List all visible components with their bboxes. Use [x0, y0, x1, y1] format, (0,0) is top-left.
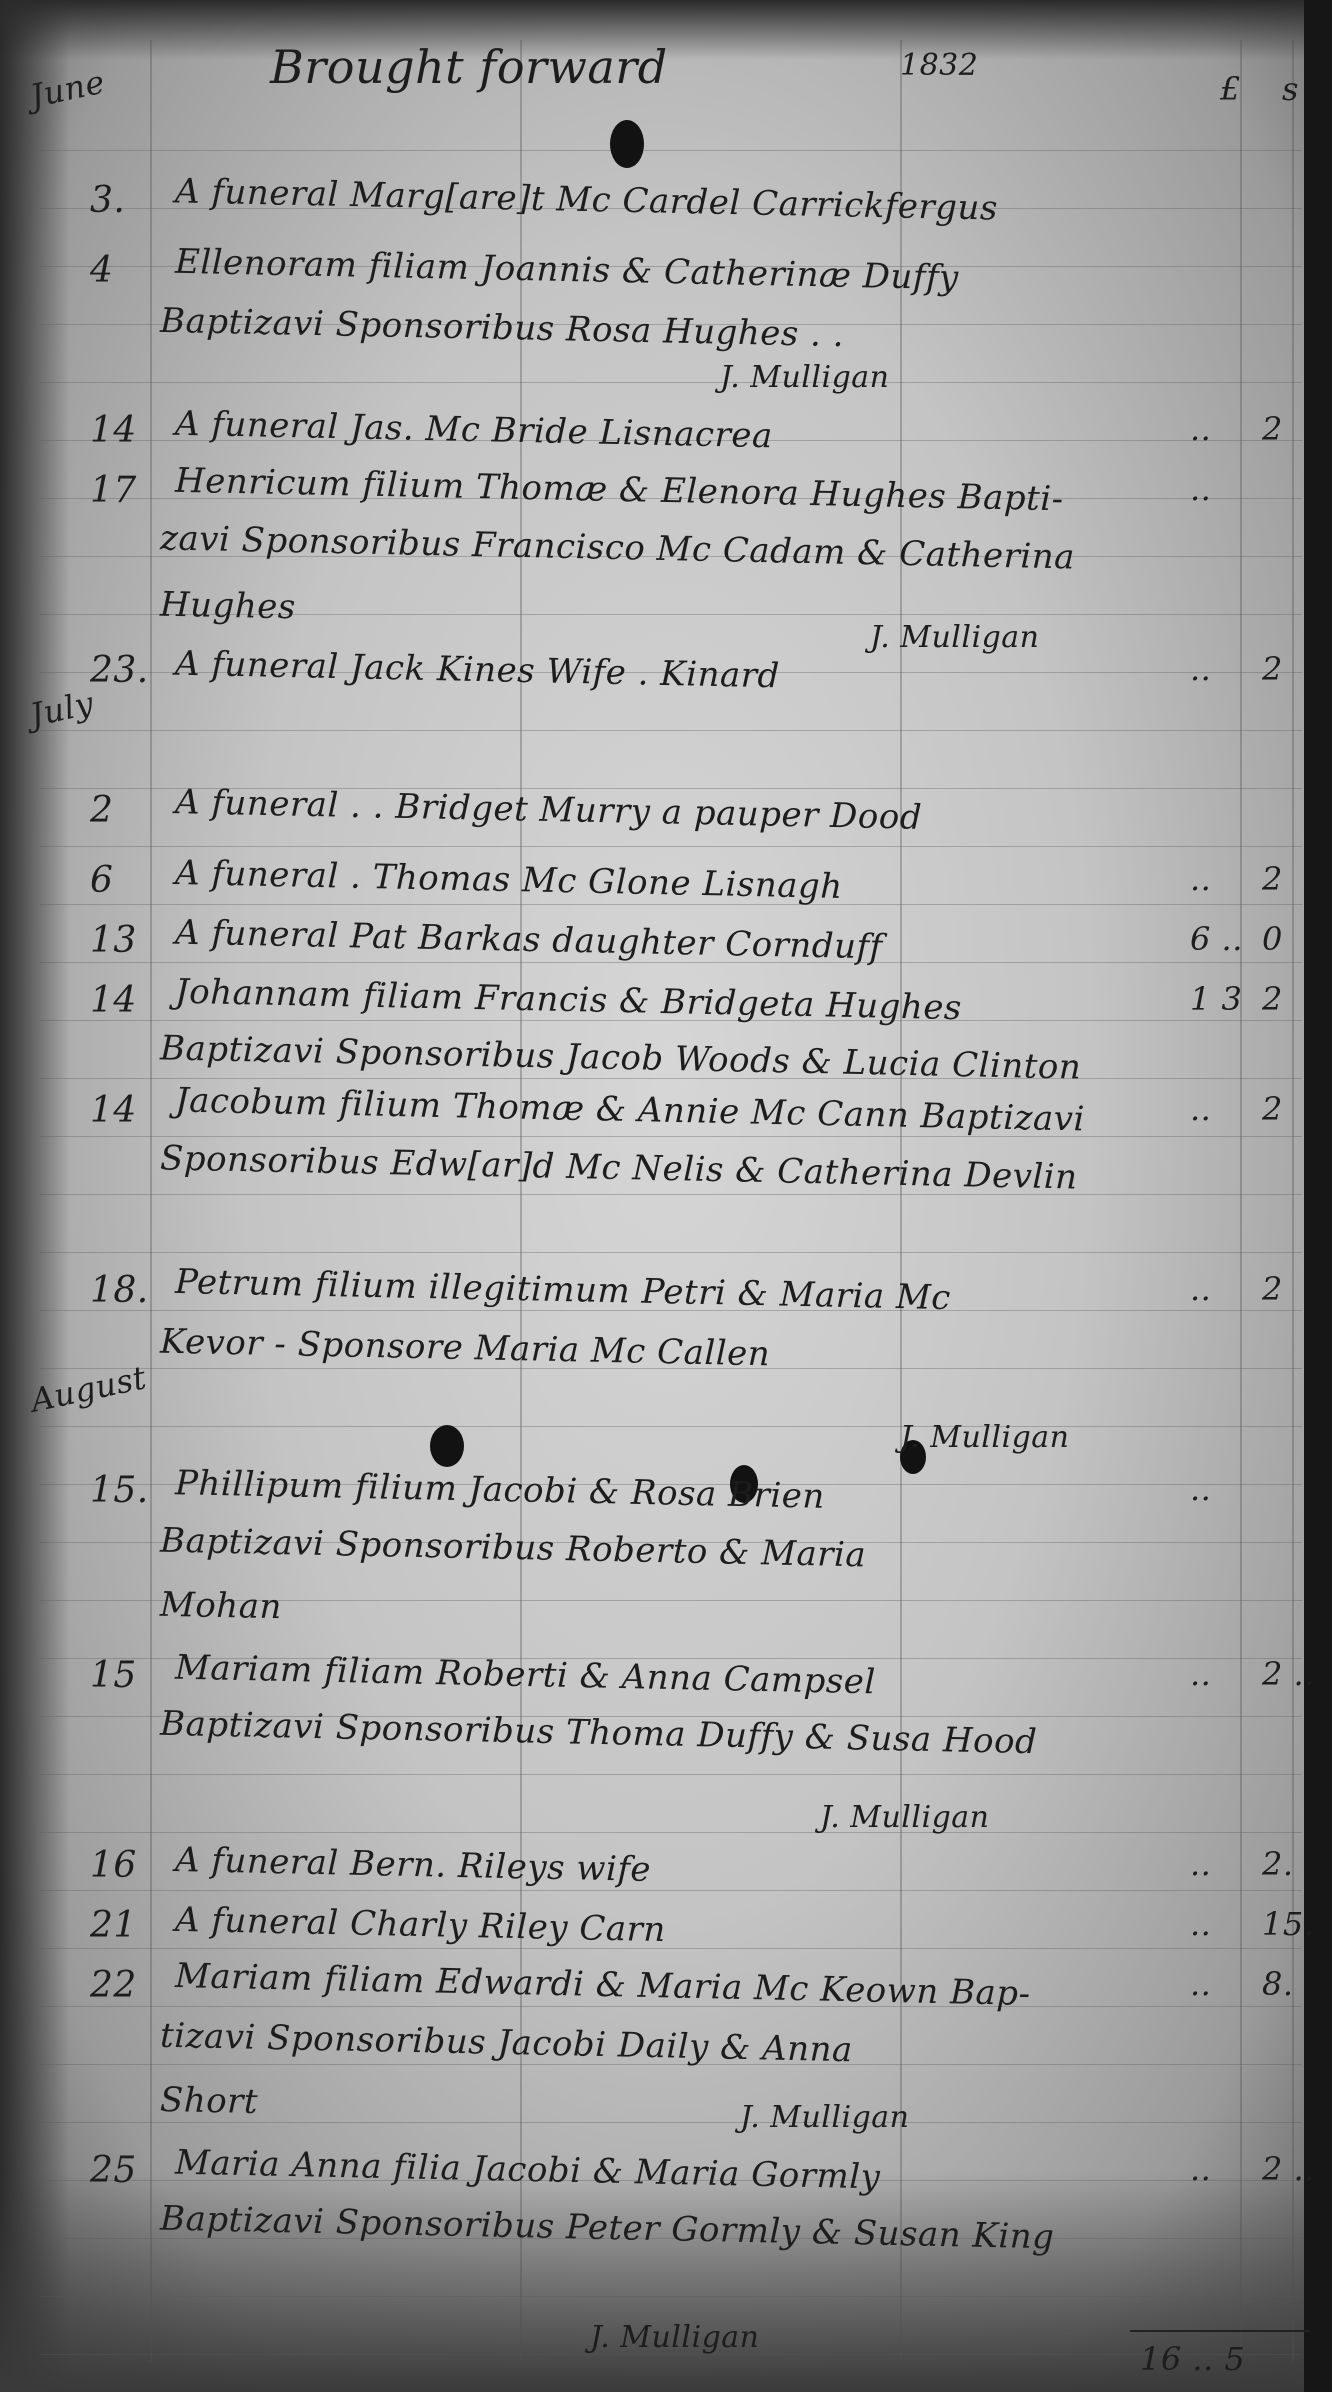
binding-shadow: [0, 0, 70, 2392]
entry-fee-pence: 2: [1262, 860, 1283, 898]
register-page: Brought forward 1832 £ s JuneJulyAugust …: [0, 0, 1332, 2392]
priest-signature: J. Mulligan: [720, 360, 890, 395]
ink-blot: [610, 120, 644, 168]
entry-text: Sponsoribus Edw[ar]d Mc Nelis & Catherin…: [160, 1138, 1078, 1197]
entry-fee-shillings: 1 3: [1190, 980, 1242, 1018]
entry-fee-shillings: ..: [1190, 1470, 1211, 1508]
entry-text: Short: [160, 2080, 259, 2122]
ruled-line: [40, 1948, 1302, 1949]
page-edge: [1304, 0, 1332, 2392]
entry-text: Phillipum filium Jacobi & Rosa Brien: [175, 1463, 825, 1517]
entry-fee-pence: 0: [1262, 920, 1283, 958]
entry-fee-pence: 2: [1262, 1270, 1283, 1308]
entry-fee-shillings: ..: [1190, 1655, 1211, 1693]
entry-fee-pence: 2 ..: [1262, 2150, 1315, 2188]
ink-blot: [430, 1425, 464, 1467]
entry-date: 16: [90, 1845, 137, 1886]
entry-fee-pence: 2: [1262, 1090, 1283, 1128]
entry-fee-shillings: ..: [1190, 860, 1211, 898]
entry-date: 4: [90, 250, 113, 291]
entry-text: Baptizavi Sponsoribus Thoma Duffy & Susa…: [160, 1704, 1038, 1762]
entry-fee-pence: 2 ..: [1262, 1655, 1315, 1693]
ruled-line: [40, 1890, 1302, 1891]
entry-text: A funeral . . Bridget Murry a pauper Doo…: [175, 782, 923, 838]
entry-text: Jacobum filium Thomæ & Annie Mc Cann Bap…: [175, 1080, 1086, 1139]
entry-text: A funeral Marg[are]t Mc Cardel Carrickfe…: [175, 171, 999, 228]
page-total: 16 .. 5: [1140, 2340, 1245, 2378]
entry-date: 18.: [90, 1270, 149, 1311]
entry-date: 22: [90, 1965, 137, 2006]
entry-fee-shillings: ..: [1190, 1270, 1211, 1308]
entry-fee-pence: 2: [1262, 650, 1283, 688]
priest-signature: J. Mulligan: [740, 2100, 910, 2135]
shillings-column-header: s: [1282, 70, 1299, 108]
ruled-line: [40, 904, 1302, 905]
entry-fee-shillings: ..: [1190, 410, 1211, 448]
shillings-column-rule: [1292, 40, 1294, 2362]
column-rule: [900, 40, 902, 2362]
priest-signature: J. Mulligan: [590, 2320, 760, 2355]
entry-fee-shillings: ..: [1190, 1090, 1211, 1128]
entry-date: 2: [90, 790, 113, 831]
ruled-line: [40, 150, 1302, 151]
ruled-line: [40, 846, 1302, 847]
date-margin-rule: [150, 40, 152, 2362]
ruled-line: [40, 730, 1302, 731]
column-rule: [520, 40, 522, 2362]
entry-text: A funeral Bern. Rileys wife: [175, 1840, 652, 1890]
entry-date: 15.: [90, 1470, 149, 1511]
ruled-line: [40, 1136, 1302, 1137]
entry-text: A funeral Charly Riley Carn: [175, 1900, 667, 1950]
entry-text: A funeral . Thomas Mc Glone Lisnagh: [175, 853, 843, 907]
entry-fee-pence: 2: [1262, 980, 1283, 1018]
entry-fee-pence: 2: [1262, 410, 1283, 448]
entry-fee-pence: 15.: [1262, 1905, 1314, 1943]
entry-fee-shillings: ..: [1190, 470, 1211, 508]
entry-text: A funeral Jack Kines Wife . Kinard: [175, 644, 780, 697]
entry-text: A funeral Jas. Mc Bride Lisnacrea: [175, 404, 773, 457]
entry-fee-shillings: 6 ..: [1190, 920, 1243, 958]
ruled-line: [40, 1426, 1302, 1427]
ruled-line: [40, 1774, 1302, 1775]
entry-date: 14: [90, 980, 137, 1021]
entry-date: 23.: [90, 650, 149, 691]
entry-text: Kevor - Sponsore Maria Mc Callen: [160, 1322, 771, 1375]
entry-text: Baptizavi Sponsoribus Roberto & Maria: [160, 1521, 867, 1576]
page-year: 1832: [900, 48, 978, 83]
entry-fee-shillings: ..: [1190, 1965, 1211, 2003]
priest-signature: J. Mulligan: [900, 1420, 1070, 1455]
entry-date: 3.: [90, 180, 125, 221]
entry-text: tizavi Sponsoribus Jacobi Daily & Anna: [160, 2016, 854, 2071]
entry-text: Hughes: [160, 585, 297, 628]
ruled-line: [40, 1252, 1302, 1253]
entry-fee-shillings: ..: [1190, 1905, 1211, 1943]
entry-text: zavi Sponsoribus Francisco Mc Cadam & Ca…: [160, 518, 1076, 577]
entry-text: Mariam filiam Roberti & Anna Campsel: [175, 1648, 877, 1703]
pounds-column-rule: [1240, 40, 1242, 2362]
entry-text: Baptizavi Sponsoribus Rosa Hughes . .: [160, 301, 845, 355]
ruled-line: [40, 2296, 1302, 2297]
entry-fee-shillings: ..: [1190, 650, 1211, 688]
entry-fee-pence: 2.: [1262, 1845, 1294, 1883]
entry-text: Mohan: [160, 1585, 283, 1628]
entry-date: 14: [90, 1090, 137, 1131]
entry-fee-shillings: ..: [1190, 2150, 1211, 2188]
entry-date: 25: [90, 2150, 137, 2191]
entry-fee-pence: 8.: [1262, 1965, 1294, 2003]
entry-date: 6: [90, 860, 113, 901]
ruled-line: [40, 2122, 1302, 2123]
priest-signature: J. Mulligan: [870, 620, 1040, 655]
ruled-line: [40, 1194, 1302, 1195]
entry-date: 13: [90, 920, 137, 961]
entry-date: 14: [90, 410, 137, 451]
ruled-line: [40, 382, 1302, 383]
entry-date: 15: [90, 1655, 137, 1696]
total-rule: [1130, 2330, 1310, 2332]
page-heading: Brought forward: [270, 40, 668, 94]
ruled-line: [40, 1832, 1302, 1833]
pounds-column-header: £: [1220, 70, 1241, 108]
entry-text: A funeral Pat Barkas daughter Cornduff: [175, 913, 883, 968]
entry-text: Henricum filium Thomæ & Elenora Hughes B…: [175, 461, 1064, 520]
priest-signature: J. Mulligan: [820, 1800, 990, 1835]
entry-date: 17: [90, 470, 137, 511]
entry-fee-shillings: ..: [1190, 1845, 1211, 1883]
entry-text: Ellenoram filiam Joannis & Catherinæ Duf…: [175, 242, 959, 298]
entry-date: 21: [90, 1905, 137, 1946]
